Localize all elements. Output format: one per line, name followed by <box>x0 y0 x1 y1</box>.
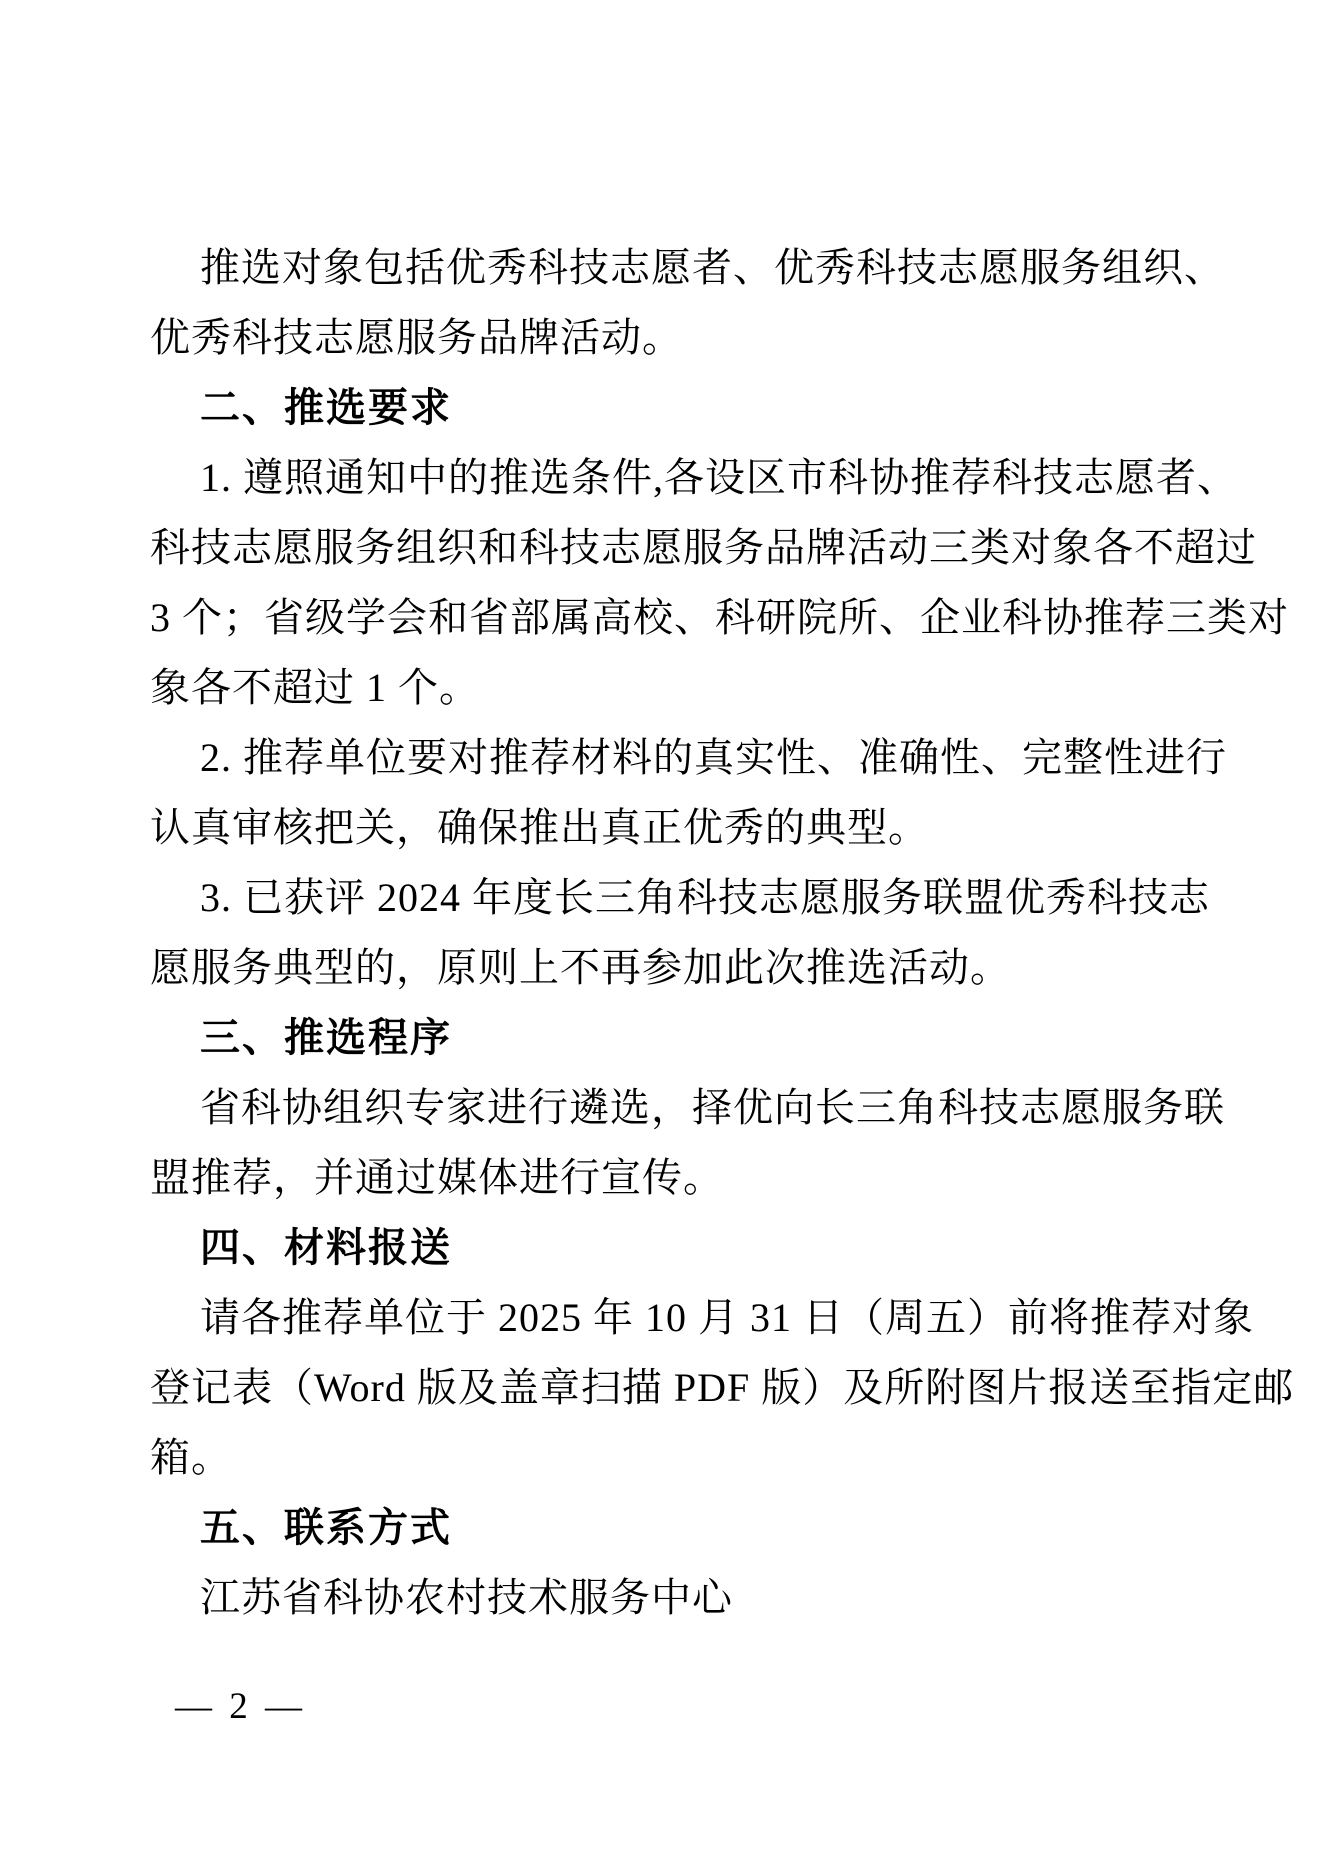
document-page: 推选对象包括优秀科技志愿者、优秀科技志愿服务组织、 优秀科技志愿服务品牌活动。 … <box>0 0 1323 1871</box>
paragraph-line: 科技志愿服务组织和科技志愿服务品牌活动三类对象各不超过 <box>150 513 1180 583</box>
paragraph-line: 1. 遵照通知中的推选条件,各设区市科协推荐科技志愿者、 <box>150 443 1180 513</box>
section-heading-5: 五、联系方式 <box>150 1493 1180 1563</box>
paragraph-line: 愿服务典型的，原则上不再参加此次推选活动。 <box>150 933 1180 1003</box>
paragraph-line: 3 个；省级学会和省部属高校、科研院所、企业科协推荐三类对 <box>150 583 1180 653</box>
paragraph-line: 3. 已获评 2024 年度长三角科技志愿服务联盟优秀科技志 <box>150 863 1180 933</box>
paragraph-line: 请各推荐单位于 2025 年 10 月 31 日（周五）前将推荐对象 <box>150 1283 1180 1353</box>
paragraph-line: 盟推荐，并通过媒体进行宣传。 <box>150 1143 1180 1213</box>
document-body: 推选对象包括优秀科技志愿者、优秀科技志愿服务组织、 优秀科技志愿服务品牌活动。 … <box>150 233 1180 1633</box>
paragraph-line: 江苏省科协农村技术服务中心 <box>150 1563 1180 1633</box>
paragraph-line: 优秀科技志愿服务品牌活动。 <box>150 303 1180 373</box>
paragraph-line: 箱。 <box>150 1423 1180 1493</box>
section-heading-2: 二、推选要求 <box>150 373 1180 443</box>
paragraph-line: 2. 推荐单位要对推荐材料的真实性、准确性、完整性进行 <box>150 723 1180 793</box>
paragraph-line: 省科协组织专家进行遴选，择优向长三角科技志愿服务联 <box>150 1073 1180 1143</box>
page-number: — 2 — <box>175 1672 306 1742</box>
paragraph-line: 象各不超过 1 个。 <box>150 653 1180 723</box>
paragraph-line: 登记表（Word 版及盖章扫描 PDF 版）及所附图片报送至指定邮 <box>150 1353 1180 1423</box>
paragraph-line: 推选对象包括优秀科技志愿者、优秀科技志愿服务组织、 <box>150 233 1180 303</box>
section-heading-4: 四、材料报送 <box>150 1213 1180 1283</box>
section-heading-3: 三、推选程序 <box>150 1003 1180 1073</box>
paragraph-line: 认真审核把关，确保推出真正优秀的典型。 <box>150 793 1180 863</box>
